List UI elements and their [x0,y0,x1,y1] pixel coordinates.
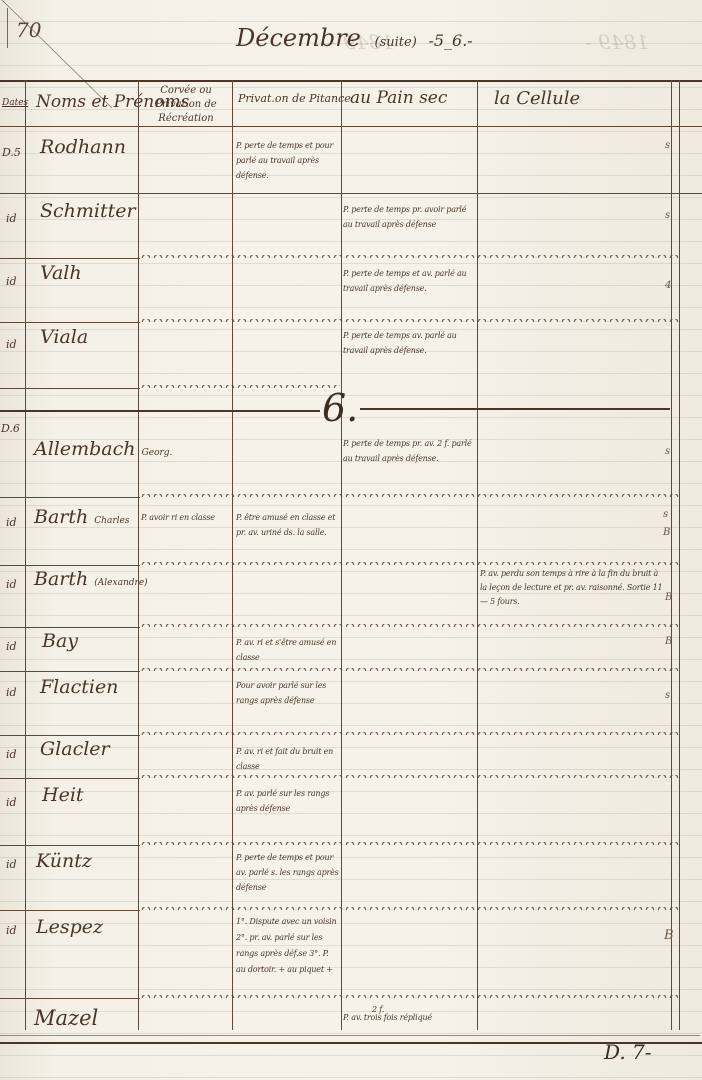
row-cellule: P. av. perdu son temps à rire à la fin d… [480,567,666,609]
row-divider-wavy [140,995,680,1001]
row-divider-wavy [140,842,680,848]
column-divider [232,80,233,1030]
page-title: Décembre (suite) -5_6.- [236,24,473,52]
row-name: Heit [42,784,84,806]
row-margin-mark: B [664,928,674,943]
row-pitance: P. perte de temps et pour av. parlé s. l… [236,850,340,895]
day-divider-number: 6. [322,386,358,430]
row-divider [0,388,140,389]
column-header-pitance: Privat.on de Pitance [238,92,351,105]
row-divider [0,565,140,566]
row-margin-mark: s [665,446,670,457]
row-divider [0,193,702,194]
row-divider-wavy [140,668,680,674]
row-date: id [6,924,17,937]
row-name-surname: Allembach [34,438,136,460]
row-divider [0,671,140,672]
row-pitance: P. être amusé en classe et pr. av. uriné… [236,510,340,540]
column-header-dates: Dates [2,98,28,108]
row-pitance: 1°. Dispute avec un voisin 2°. pr. av. p… [236,914,340,978]
row-name: Barth Charles [34,506,129,528]
row-divider [0,322,140,323]
column-header-pain-sec: au Pain sec [350,88,447,108]
row-name: Valh [40,262,82,284]
row-divider-wavy [140,624,680,630]
row-name: Bay [42,630,78,652]
row-date: id [6,516,17,529]
row-divider [0,497,140,498]
row-name: Mazel [34,1006,98,1030]
row-pitance: Pour avoir parlé sur les rangs après déf… [236,678,340,708]
column-divider [477,80,478,1030]
row-pain-sec: P. perte de temps pr. av. 2 f. parlé au … [343,436,475,466]
column-divider [679,80,680,1030]
column-divider [341,80,342,1030]
header-bottom-rule [0,126,702,127]
row-name: Flactien [40,676,118,698]
column-header-cellule: la Cellule [494,88,580,109]
row-date: id [6,640,17,653]
row-divider [0,735,140,736]
row-name: Lespez [36,916,103,938]
row-margin-mark: B [665,636,672,647]
row-divider [0,258,140,259]
table-bottom-dashed-rule [0,1035,700,1036]
row-date: id [6,796,17,809]
row-pitance: P. av. parlé sur les rangs après défense [236,786,340,816]
row-name-given: Georg. [142,448,173,458]
title-month: Décembre [236,24,361,52]
column-divider [138,80,139,1030]
row-name-surname: Barth [34,568,88,590]
row-divider-wavy [140,255,680,261]
column-header-corvee: Corvée ou Privat.on de Récréation [141,84,231,126]
row-name: Barth (Alexandre) [34,568,148,590]
row-pitance: P. av. ri et s'être amusé en classe [236,635,340,665]
row-divider [0,845,140,846]
row-divider-wavy [140,732,680,738]
row-name: Schmitter [40,200,136,222]
row-date: D.6 [1,422,20,435]
header-top-rule [0,80,702,82]
row-name: Viala [40,326,88,348]
row-pitance: P. av. ri et fait du bruit en classe [236,744,340,774]
row-name-surname: Barth [34,506,88,528]
row-divider-wavy [140,907,680,913]
column-divider [25,80,26,1030]
row-pain-sec: P. perte de temps pr. avoir parlé au tra… [343,202,475,232]
row-corvee: P. avoir ri en classe [141,510,233,525]
row-divider-wavy [140,319,680,325]
row-pain-sec: P. perte de temps av. parlé au travail a… [343,328,475,358]
row-name: Rodhann [40,136,126,158]
row-divider-wavy [140,494,680,500]
row-margin-mark: s [665,140,670,151]
row-date: id [6,686,17,699]
row-name: Küntz [36,850,92,872]
ledger-page: 70 1849 - 1849 - Décembre (suite) -5_6.-… [0,0,702,1080]
row-date: id [6,212,17,225]
row-divider [0,627,140,628]
row-date: id [6,275,17,288]
row-margin-mark: B [665,592,672,603]
row-divider [0,910,140,911]
row-divider-wavy [140,775,680,781]
title-suffix: (suite) [375,35,417,50]
row-name: Allembach Georg. [34,438,172,460]
table-bottom-rule [0,1042,702,1044]
row-name-given: Charles [94,516,129,526]
row-name-given: (Alexandre) [94,578,147,588]
row-pain-sec: P. perte de temps et av. parlé au travai… [343,266,475,296]
next-day-marker: D. 7- [604,1040,652,1064]
row-margin-mark: s [665,690,670,701]
row-date: id [6,748,17,761]
row-name: Glacler [40,738,110,760]
row-date: id [6,338,17,351]
row-pitance: P. perte de temps et pour parlé au trava… [236,138,340,183]
row-date: id [6,578,17,591]
column-divider [671,80,672,1030]
row-margin-mark: s [665,210,670,221]
row-pain-sec: P. av. trois fois répliqué [343,1010,475,1025]
row-divider-wavy [140,385,340,391]
day-divider [0,410,320,412]
day-divider [360,408,670,410]
row-margin-mark: 4 [665,280,671,291]
bleed-through-text: 1849 - [585,30,649,54]
row-date: id [6,858,17,871]
row-divider [0,998,140,999]
title-days: -5_6.- [428,31,472,50]
row-margin-mark: s B [663,506,673,542]
row-date: D.5 [2,146,21,159]
row-divider [0,778,140,779]
